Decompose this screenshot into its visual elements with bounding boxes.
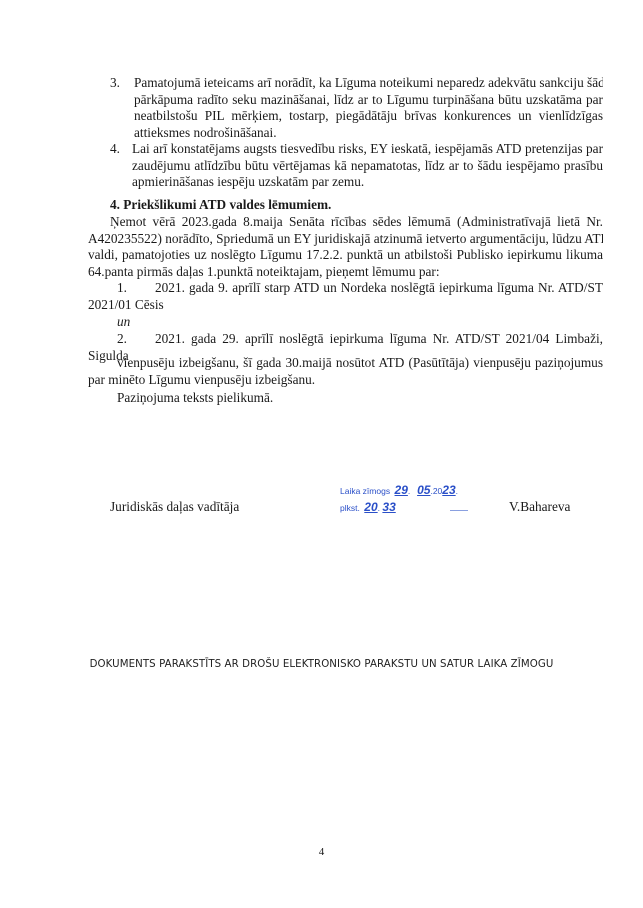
signature-footer-note: DOKUMENTS PARAKSTĪTS AR DROŠU ELEKTRONIS… — [0, 659, 643, 670]
paragraph-line: 64.panta pirmās daļas 1.punktā noteiktaj… — [88, 264, 603, 281]
document-page: 3. Pamatojumā ieteicams arī norādīt, ka … — [0, 0, 643, 908]
stamp-month: 05 — [417, 483, 430, 497]
signatory-name: V.Bahareva — [509, 499, 570, 516]
timestamp-stamp: Laika zīmogs 29. 05.2023. plkst. 20. 33 — [340, 481, 468, 515]
conjunction: un — [117, 314, 130, 331]
stamp-minute: 33 — [382, 500, 395, 514]
list-line: pārkāpuma radīto seku mazināšanai, līdz … — [134, 92, 603, 109]
decision-item-1-line: 2021. gada 9. aprīlī starp ATD un Nordek… — [155, 280, 603, 297]
closing-paragraph: vienpusēju izbeigšanu, šī gada 30.maijā … — [88, 355, 603, 388]
paragraph-line: Ņemot vērā 2023.gada 8.maija Senāta rīcī… — [88, 214, 603, 231]
stamp-hour: 20 — [364, 500, 377, 514]
list-number: 3. — [110, 75, 120, 92]
list-line: Pamatojumā ieteicams arī norādīt, ka Līg… — [134, 75, 603, 92]
decision-item-2-line: 2021. gada 29. aprīlī noslēgtā iepirkuma… — [155, 331, 603, 348]
list-line: neatbilstošu PIL mērķiem, tostarp, piegā… — [134, 108, 603, 125]
list-line: attieksmes nodrošināšanai. — [134, 125, 603, 142]
signatory-position: Juridiskās daļas vadītāja — [110, 499, 239, 516]
paragraph-line: valdi, pamatojoties uz noslēgto Līgumu 1… — [88, 247, 603, 264]
list-number: 4. — [110, 141, 120, 158]
main-paragraph: Ņemot vērā 2023.gada 8.maija Senāta rīcī… — [88, 214, 603, 280]
stamp-year-suffix: 23 — [442, 483, 455, 497]
paragraph-line: par minēto Līgumu vienpusēju izbeigšanu. — [88, 372, 603, 389]
decision-item-1-number: 1. — [117, 280, 127, 297]
section-heading: 4. Priekšlikumi ATD valdes lēmumiem. — [110, 197, 331, 214]
paragraph-line: vienpusēju izbeigšanu, šī gada 30.maijā … — [88, 355, 603, 372]
stamp-day: 29 — [395, 483, 408, 497]
stamp-year-prefix: 20 — [433, 486, 442, 496]
page-number: 4 — [0, 846, 643, 858]
paragraph-line: A420235522) norādīto, Spriedumā un EY ju… — [88, 231, 603, 248]
stamp-time-label: plkst. — [340, 503, 360, 513]
decision-item-2-number: 2. — [117, 331, 127, 348]
stamp-mark — [450, 507, 468, 511]
stamp-date-label: Laika zīmogs — [340, 486, 390, 496]
attachment-note: Paziņojuma teksts pielikumā. — [117, 390, 273, 407]
list-line: apmierināšanas iespēju uzskatām par zemu… — [132, 174, 603, 191]
list-line: zaudējumu atlīdzību būtu vērtējamas kā n… — [132, 158, 603, 175]
list-line: Lai arī konstatējams augsts tiesvedību r… — [132, 141, 603, 158]
decision-item-1-line: 2021/01 Cēsis — [88, 297, 164, 314]
